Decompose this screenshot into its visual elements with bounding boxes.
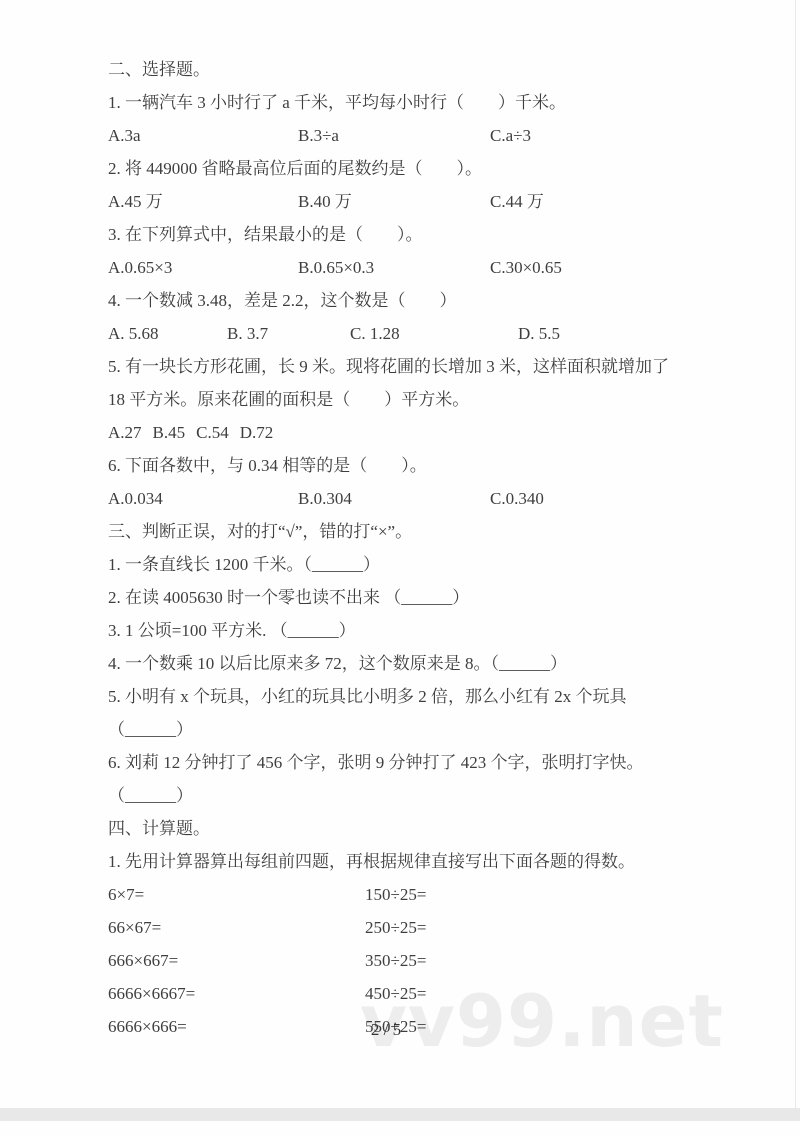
choice-q4-options: A. 5.68B. 3.7C. 1.28D. 5.5 bbox=[108, 324, 708, 343]
calc-expression-right: 450÷25= bbox=[365, 984, 426, 1003]
calc-expression-right: 250÷25= bbox=[365, 918, 426, 937]
judge-item-4: 4. 一个数乘 10 以后比原来多 72，这个数原来是 8。（______） bbox=[108, 654, 708, 673]
choice-q2-text: 2. 将 449000 省略最高位后面的尾数约是（ ）。 bbox=[108, 159, 708, 178]
calc-row-3: 666×667=350÷25= bbox=[108, 951, 708, 970]
option-b: B.0.65×0.3 bbox=[298, 258, 490, 277]
calc-expression-right: 150÷25= bbox=[365, 885, 426, 904]
option-d: D. 5.5 bbox=[518, 324, 560, 343]
calc-expression-left: 6×7= bbox=[108, 885, 365, 904]
choice-q6-text: 6. 下面各数中，与 0.34 相等的是（ ）。 bbox=[108, 456, 708, 475]
option-b: B.0.304 bbox=[298, 489, 490, 508]
judge-item-3: 3. 1 公顷=100 平方米. （______） bbox=[108, 621, 708, 640]
choice-q5-options: A.27B.45C.54D.72 bbox=[108, 423, 708, 442]
section-calc-heading: 四、计算题。 bbox=[108, 819, 708, 838]
choice-q1-options: A.3aB.3÷aC.a÷3 bbox=[108, 126, 708, 145]
calc-row-2: 66×67=250÷25= bbox=[108, 918, 708, 937]
judge-item-2: 2. 在读 4005630 时一个零也读不出来 （______） bbox=[108, 588, 708, 607]
choice-q2-options: A.45 万B.40 万C.44 万 bbox=[108, 192, 708, 211]
calc-expression-left: 666×667= bbox=[108, 951, 365, 970]
calc-row-1: 6×7=150÷25= bbox=[108, 885, 708, 904]
choice-q4-text: 4. 一个数减 3.48，差是 2.2，这个数是（ ） bbox=[108, 291, 708, 310]
choice-q6-options: A.0.034B.0.304C.0.340 bbox=[108, 489, 708, 508]
calc-expression-right: 350÷25= bbox=[365, 951, 426, 970]
page-bottom-divider bbox=[0, 1108, 800, 1121]
judge-item-6: 6. 刘莉 12 分钟打了 456 个字，张明 9 分钟打了 423 个字，张明… bbox=[108, 753, 708, 772]
calc-expression-left: 66×67= bbox=[108, 918, 365, 937]
judge-item-1: 1. 一条直线长 1200 千米。（______） bbox=[108, 555, 708, 574]
option-c: C.44 万 bbox=[490, 192, 544, 211]
section-judge-heading: 三、判断正误，对的打“√”，错的打“×”。 bbox=[108, 522, 708, 541]
calc-row-4: 6666×6667=450÷25= bbox=[108, 984, 708, 1003]
option-a: A.45 万 bbox=[108, 192, 298, 211]
choice-q3-text: 3. 在下列算式中，结果最小的是（ ）。 bbox=[108, 225, 708, 244]
calc-expression-left: 6666×6667= bbox=[108, 984, 365, 1003]
option-b: B.45 bbox=[153, 423, 186, 442]
choice-q3-options: A.0.65×3B.0.65×0.3C.30×0.65 bbox=[108, 258, 708, 277]
choice-q1-text: 1. 一辆汽车 3 小时行了 a 千米，平均每小时行（ ）千米。 bbox=[108, 93, 708, 112]
option-b: B. 3.7 bbox=[227, 324, 350, 343]
judge-item-5: 5. 小明有 x 个玩具，小红的玩具比小明多 2 倍，那么小红有 2x 个玩具 bbox=[108, 687, 708, 706]
option-c: C. 1.28 bbox=[350, 324, 518, 343]
page-number: 2 / 5 bbox=[0, 1020, 772, 1040]
option-c: C.54 bbox=[196, 423, 229, 442]
option-c: C.a÷3 bbox=[490, 126, 531, 145]
option-a: A.0.65×3 bbox=[108, 258, 298, 277]
option-b: B.40 万 bbox=[298, 192, 490, 211]
option-c: C.0.340 bbox=[490, 489, 544, 508]
option-a: A.0.034 bbox=[108, 489, 298, 508]
choice-q5-text-line2: 18 平方米。原来花圃的面积是（ ）平方米。 bbox=[108, 390, 708, 409]
option-c: C.30×0.65 bbox=[490, 258, 562, 277]
option-b: B.3÷a bbox=[298, 126, 490, 145]
judge-item-5-blank: （______） bbox=[108, 720, 708, 739]
document-page: vv99.net 二、选择题。 1. 一辆汽车 3 小时行了 a 千米，平均每小… bbox=[0, 0, 800, 1137]
option-d: D.72 bbox=[240, 423, 274, 442]
section-choice-heading: 二、选择题。 bbox=[108, 60, 708, 79]
option-a: A. 5.68 bbox=[108, 324, 227, 343]
calc-instruction: 1. 先用计算器算出每组前四题，再根据规律直接写出下面各题的得数。 bbox=[108, 852, 708, 871]
choice-q5-text-line1: 5. 有一块长方形花圃，长 9 米。现将花圃的长增加 3 米，这样面积就增加了 bbox=[108, 357, 708, 376]
option-a: A.27 bbox=[108, 423, 142, 442]
option-a: A.3a bbox=[108, 126, 298, 145]
page-edge-divider bbox=[795, 0, 796, 1108]
judge-item-6-blank: （______） bbox=[108, 786, 708, 805]
page-content: 二、选择题。 1. 一辆汽车 3 小时行了 a 千米，平均每小时行（ ）千米。 … bbox=[108, 60, 708, 1050]
